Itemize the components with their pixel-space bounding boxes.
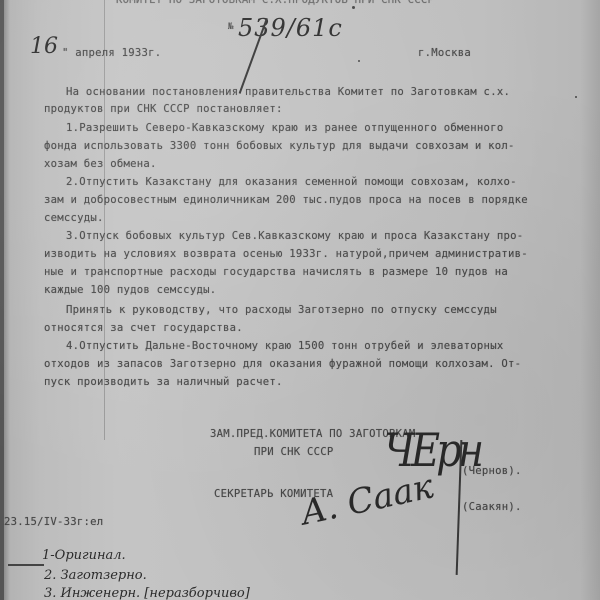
deputy-name: (Чернов). [462,465,522,477]
ink-speck [575,96,577,98]
scan-edge [0,0,4,600]
fold-line [104,0,105,440]
body-line: изводить на условиях возврата осенью 193… [44,248,528,260]
body-line: хозам без обмена. [44,158,157,170]
deputy-title-2: ПРИ СНК СССР [254,446,334,458]
body-line: зам и добросовестным единоличникам 200 т… [44,194,528,206]
number-prefix: № [228,22,234,32]
body-line: На основании постановления правительства… [66,86,510,98]
body-line: относятся за счет государства. [44,322,243,334]
secretary-name: (Саакян). [462,501,522,513]
body-line: 1.Разрешить Северо-Кавказскому краю из р… [66,122,503,134]
scanned-document-page: КОМИТЕТ ПО ЗАГОТОВКАМ С.Х.ПРОДУКТОВ ПРИ … [0,0,600,600]
distribution-item-1: 1-Оригинал. [42,548,126,563]
secretary-signature: А. Саак [297,466,437,533]
body-line: каждые 100 пудов семссуды. [44,284,216,296]
reference-code: 23.15/IV-33г:ел [4,516,103,528]
ink-speck [352,6,355,9]
ink-speck [358,60,360,62]
date-day: 16 [30,34,58,59]
body-line: 3.Отпуск бобовых культур Сев.Кавказскому… [66,230,523,242]
body-line: ные и транспортные расходы государства н… [44,266,508,278]
body-line: отходов из запасов Заготзерно для оказан… [44,358,521,370]
body-line: Принять к руководству, что расходы Загот… [66,304,497,316]
margin-mark [8,564,44,566]
distribution-item-2: 2. Заготзерно. [44,568,147,583]
city: г.Москва [418,47,471,59]
document-number: 539/61с [238,14,343,42]
body-line: семссуды. [44,212,104,224]
distribution-item-3: 3. Инженерн. [неразборчиво] [44,586,250,600]
body-line: 2.Отпустить Казакстану для оказания семе… [66,176,517,188]
body-line: фонда использовать 3300 тонн бобовых кул… [44,140,515,152]
date-month-year: " апреля 1933г. [62,47,161,59]
body-line: пуск производить за наличный расчет. [44,376,283,388]
letterhead: КОМИТЕТ ПО ЗАГОТОВКАМ С.Х.ПРОДУКТОВ ПРИ … [116,0,434,6]
body-line: 4.Отпустить Дальне-Восточному краю 1500 … [66,340,503,352]
body-line: продуктов при СНК СССР постановляет: [44,103,283,115]
